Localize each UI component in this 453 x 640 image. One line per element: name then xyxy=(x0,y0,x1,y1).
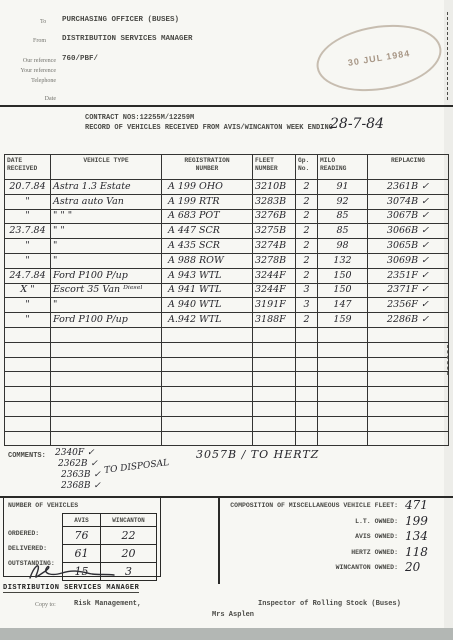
table-cell: 2 xyxy=(296,253,318,268)
table-cell xyxy=(318,342,368,357)
table-row: "" " "A 683 POT3276B2853067B ✓ xyxy=(5,209,449,224)
vehicle-rows: 20.7.84Astra 1.3 EstateA 199 OHO3210B291… xyxy=(5,180,449,446)
lt-owned-value: 199 xyxy=(405,515,428,527)
table-cell: 3275B xyxy=(253,224,296,239)
table-cell: " xyxy=(5,194,51,209)
hertz-note: 3057B / TO HERTZ xyxy=(196,448,319,461)
table-cell xyxy=(368,401,449,416)
stamp-date: 30 JUL 1984 xyxy=(347,48,411,68)
week-ending-date: 28-7-84 xyxy=(330,116,384,132)
table-cell: Astra auto Van xyxy=(51,194,162,209)
table-cell xyxy=(296,401,318,416)
table-cell: Escort 35 Van ᴰⁱᵉˢᵉˡ xyxy=(51,283,162,298)
table-cell: 2356F ✓ xyxy=(368,298,449,313)
table-cell: " xyxy=(51,298,162,313)
table-cell xyxy=(162,357,253,372)
copy-to-value: Risk Management, xyxy=(74,600,141,608)
disposal-item: 2340F ✓ xyxy=(55,448,101,459)
table-cell: " xyxy=(5,253,51,268)
your-reference-label: Your reference xyxy=(8,68,56,74)
table-cell: 85 xyxy=(318,209,368,224)
contract-numbers: CONTRACT NOS:12255M/12259M xyxy=(85,114,194,122)
table-row: 24.7.84Ford P100 P/upA 943 WTL3244F21502… xyxy=(5,268,449,283)
table-cell xyxy=(162,401,253,416)
record-title: RECORD OF VEHICLES RECEIVED FROM AVIS/WI… xyxy=(85,124,333,132)
delivered-label: DELIVERED: xyxy=(8,545,47,552)
disposal-item: 2363B ✓ xyxy=(61,470,101,481)
date-label: Date xyxy=(8,96,56,102)
our-reference-label: Our reference xyxy=(8,58,56,64)
table-cell xyxy=(162,387,253,402)
table-cell: " xyxy=(5,313,51,328)
table-cell: 3069B ✓ xyxy=(368,253,449,268)
table-cell: A.942 WTL xyxy=(162,313,253,328)
hertz-owned-row: HERTZ OWNED: 118 xyxy=(226,546,448,558)
signed-title: DISTRIBUTION SERVICES MANAGER xyxy=(3,584,139,593)
table-cell: 92 xyxy=(318,194,368,209)
table-cell: " xyxy=(5,209,51,224)
table-cell: 3278B xyxy=(253,253,296,268)
table-cell xyxy=(5,416,51,431)
table-cell: 98 xyxy=(318,239,368,254)
hertz-owned-label: HERTZ OWNED: xyxy=(226,546,398,556)
table-cell xyxy=(318,401,368,416)
composition-total: 471 xyxy=(405,499,428,511)
table-cell: A 683 POT xyxy=(162,209,253,224)
table-cell xyxy=(253,387,296,402)
disposal-list: 2340F ✓ 2362B ✓ 2363B ✓ 2368B ✓ xyxy=(55,448,101,492)
table-cell xyxy=(5,327,51,342)
table-row: ""A 435 SCR3274B2983065B ✓ xyxy=(5,239,449,254)
table-cell: Ford P100 P/up xyxy=(51,313,162,328)
lt-owned-label: L.T. OWNED: xyxy=(226,515,398,525)
table-cell: 3274B xyxy=(253,239,296,254)
table-row: "Astra auto VanA 199 RTR3283B2923074B ✓ xyxy=(5,194,449,209)
table-row xyxy=(5,416,449,431)
scanned-memo-page: To PURCHASING OFFICER (BUSES) From DISTR… xyxy=(0,0,453,640)
ordered-row: 76 22 xyxy=(63,527,157,545)
composition-title: COMPOSITION OF MISCELLANEOUS VEHICLE FLE… xyxy=(226,499,398,509)
table-cell: 2 xyxy=(296,194,318,209)
table-cell: A 447 SCR xyxy=(162,224,253,239)
table-row: 23.7.84" "A 447 SCR3275B2853066B ✓ xyxy=(5,224,449,239)
table-cell: 2351F ✓ xyxy=(368,268,449,283)
from-value: DISTRIBUTION SERVICES MANAGER xyxy=(62,35,193,43)
table-cell: 2 xyxy=(296,180,318,195)
header-divider xyxy=(0,105,453,107)
table-cell: 2 xyxy=(296,209,318,224)
composition-total-row: COMPOSITION OF MISCELLANEOUS VEHICLE FLE… xyxy=(226,499,448,511)
to-label: To xyxy=(40,19,46,25)
table-cell xyxy=(162,342,253,357)
table-cell: 3188F xyxy=(253,313,296,328)
table-cell: A 199 OHO xyxy=(162,180,253,195)
ordered-avis: 76 xyxy=(63,527,101,545)
ordered-wincanton: 22 xyxy=(101,527,157,545)
table-cell xyxy=(5,401,51,416)
inspector-name: Mrs Asplen xyxy=(212,611,254,619)
table-cell: " xyxy=(51,239,162,254)
table-cell: " " xyxy=(51,224,162,239)
comments-label: COMMENTS: xyxy=(8,452,46,460)
col-header-replacing: REPLACING xyxy=(368,155,449,180)
table-cell xyxy=(51,372,162,387)
table-cell xyxy=(296,372,318,387)
table-cell xyxy=(296,327,318,342)
wincanton-column-header: WINCANTON xyxy=(101,514,157,527)
scan-background-strip xyxy=(0,628,453,640)
table-cell xyxy=(318,357,368,372)
table-cell xyxy=(162,416,253,431)
avis-owned-label: AVIS OWNED: xyxy=(226,530,398,540)
inspector-line: Inspector of Rolling Stock (Buses) xyxy=(258,600,401,608)
table-cell xyxy=(368,387,449,402)
table-cell: 2286B ✓ xyxy=(368,313,449,328)
scan-edge-line-2 xyxy=(447,345,448,375)
table-cell: 2 xyxy=(296,224,318,239)
table-cell xyxy=(318,431,368,446)
wincanton-owned-row: WINCANTON OWNED: 20 xyxy=(226,561,448,573)
table-cell: 147 xyxy=(318,298,368,313)
col-header-vehicle-type: VEHICLE TYPE xyxy=(51,155,162,180)
table-cell xyxy=(51,416,162,431)
table-cell: 2 xyxy=(296,239,318,254)
table-cell xyxy=(51,431,162,446)
wincanton-owned-label: WINCANTON OWNED: xyxy=(226,561,398,571)
table-cell: " " " xyxy=(51,209,162,224)
disposal-item: 2362B ✓ xyxy=(58,459,101,470)
table-cell: 3066B ✓ xyxy=(368,224,449,239)
table-cell xyxy=(318,416,368,431)
table-row xyxy=(5,342,449,357)
table-cell: 150 xyxy=(318,283,368,298)
table-row xyxy=(5,431,449,446)
table-cell: A 943 WTL xyxy=(162,268,253,283)
table-cell xyxy=(162,372,253,387)
table-row xyxy=(5,401,449,416)
copy-to-label: Copy to: xyxy=(35,602,56,608)
table-cell xyxy=(368,342,449,357)
table-cell xyxy=(51,387,162,402)
table-row: ""A 988 ROW3278B21323069B ✓ xyxy=(5,253,449,268)
signature xyxy=(22,560,122,584)
table-cell xyxy=(51,357,162,372)
our-reference-value: 760/PBF/ xyxy=(62,55,98,63)
table-cell: 23.7.84 xyxy=(5,224,51,239)
table-row: 20.7.84Astra 1.3 EstateA 199 OHO3210B291… xyxy=(5,180,449,195)
table-cell xyxy=(5,357,51,372)
table-cell xyxy=(253,431,296,446)
table-cell xyxy=(296,342,318,357)
table-cell xyxy=(162,327,253,342)
disposal-item: 2368B ✓ xyxy=(61,481,101,492)
table-cell: 159 xyxy=(318,313,368,328)
avis-owned-row: AVIS OWNED: 134 xyxy=(226,530,448,542)
table-cell: Ford P100 P/up xyxy=(51,268,162,283)
table-cell: 20.7.84 xyxy=(5,180,51,195)
table-cell: " xyxy=(5,239,51,254)
table-cell: 3074B ✓ xyxy=(368,194,449,209)
col-header-registration: REGISTRATIONNUMBER xyxy=(162,155,253,180)
to-value: PURCHASING OFFICER (BUSES) xyxy=(62,16,179,24)
table-header-row: DATERECEIVED VEHICLE TYPE REGISTRATIONNU… xyxy=(5,155,449,180)
table-cell xyxy=(296,431,318,446)
col-header-date: DATERECEIVED xyxy=(5,155,51,180)
table-cell: 3244F xyxy=(253,283,296,298)
table-cell: 3065B ✓ xyxy=(368,239,449,254)
avis-column-header: AVIS xyxy=(63,514,101,527)
disposal-note: TO DISPOSAL xyxy=(104,458,170,476)
table-cell: 3244F xyxy=(253,268,296,283)
table-cell xyxy=(296,357,318,372)
ordered-label: ORDERED: xyxy=(8,530,39,537)
vertical-divider xyxy=(218,496,220,584)
table-cell xyxy=(51,401,162,416)
table-cell xyxy=(253,416,296,431)
table-cell: 91 xyxy=(318,180,368,195)
table-cell: 3067B ✓ xyxy=(368,209,449,224)
table-cell: 2361B ✓ xyxy=(368,180,449,195)
lt-owned-row: L.T. OWNED: 199 xyxy=(226,515,448,527)
table-cell xyxy=(253,357,296,372)
col-header-milo: MILOREADING xyxy=(318,155,368,180)
table-cell: 2 xyxy=(296,268,318,283)
fleet-composition: COMPOSITION OF MISCELLANEOUS VEHICLE FLE… xyxy=(226,499,448,577)
date-stamp-icon: 30 JUL 1984 xyxy=(312,17,446,100)
table-cell: 3 xyxy=(296,298,318,313)
table-cell: 3276B xyxy=(253,209,296,224)
table-cell xyxy=(253,327,296,342)
table-cell xyxy=(296,387,318,402)
table-cell xyxy=(368,327,449,342)
table-cell: A 435 SCR xyxy=(162,239,253,254)
table-cell: X " xyxy=(5,283,51,298)
table-cell xyxy=(368,372,449,387)
table-row xyxy=(5,327,449,342)
from-label: From xyxy=(33,38,46,44)
table-cell: 132 xyxy=(318,253,368,268)
table-cell xyxy=(5,372,51,387)
table-cell xyxy=(318,387,368,402)
table-cell xyxy=(318,372,368,387)
table-row: ""A 940 WTL3191F31472356F ✓ xyxy=(5,298,449,313)
table-cell xyxy=(162,431,253,446)
table-cell: 3210B xyxy=(253,180,296,195)
table-cell: 24.7.84 xyxy=(5,268,51,283)
table-cell xyxy=(368,357,449,372)
table-cell: 3283B xyxy=(253,194,296,209)
table-cell xyxy=(253,342,296,357)
col-header-gp-no: Gp.No. xyxy=(296,155,318,180)
telephone-label: Telephone xyxy=(8,78,56,84)
number-of-vehicles-title: NUMBER OF VEHICLES xyxy=(8,502,78,509)
scan-edge-shade xyxy=(444,0,453,640)
table-cell xyxy=(253,401,296,416)
table-cell: 3 xyxy=(296,283,318,298)
wincanton-owned-value: 20 xyxy=(405,561,420,573)
vehicle-table: DATERECEIVED VEHICLE TYPE REGISTRATIONNU… xyxy=(4,154,449,446)
table-cell: 3191F xyxy=(253,298,296,313)
table-cell: A 940 WTL xyxy=(162,298,253,313)
table-cell: " xyxy=(51,253,162,268)
table-cell: 150 xyxy=(318,268,368,283)
table-row xyxy=(5,387,449,402)
table-cell xyxy=(253,372,296,387)
table-cell xyxy=(368,431,449,446)
table-cell: 85 xyxy=(318,224,368,239)
table-cell: Astra 1.3 Estate xyxy=(51,180,162,195)
table-cell: 2 xyxy=(296,313,318,328)
avis-owned-value: 134 xyxy=(405,530,428,542)
table-cell: 2371F ✓ xyxy=(368,283,449,298)
table-row: "Ford P100 P/upA.942 WTL3188F21592286B ✓ xyxy=(5,313,449,328)
table-row xyxy=(5,357,449,372)
col-header-fleet: FLEETNUMBER xyxy=(253,155,296,180)
table-cell xyxy=(296,416,318,431)
hertz-owned-value: 118 xyxy=(405,546,428,558)
table-cell: " xyxy=(5,298,51,313)
table-cell xyxy=(51,327,162,342)
table-cell xyxy=(51,342,162,357)
table-cell: A 988 ROW xyxy=(162,253,253,268)
table-cell xyxy=(368,416,449,431)
scan-edge-line xyxy=(447,12,448,100)
table-row xyxy=(5,372,449,387)
table-cell xyxy=(5,431,51,446)
table-row: X "Escort 35 Van ᴰⁱᵉˢᵉˡA 941 WTL3244F315… xyxy=(5,283,449,298)
table-cell xyxy=(318,327,368,342)
table-cell: A 199 RTR xyxy=(162,194,253,209)
table-cell: A 941 WTL xyxy=(162,283,253,298)
mini-header-row: AVIS WINCANTON xyxy=(63,514,157,527)
table-cell xyxy=(5,387,51,402)
table-cell xyxy=(5,342,51,357)
